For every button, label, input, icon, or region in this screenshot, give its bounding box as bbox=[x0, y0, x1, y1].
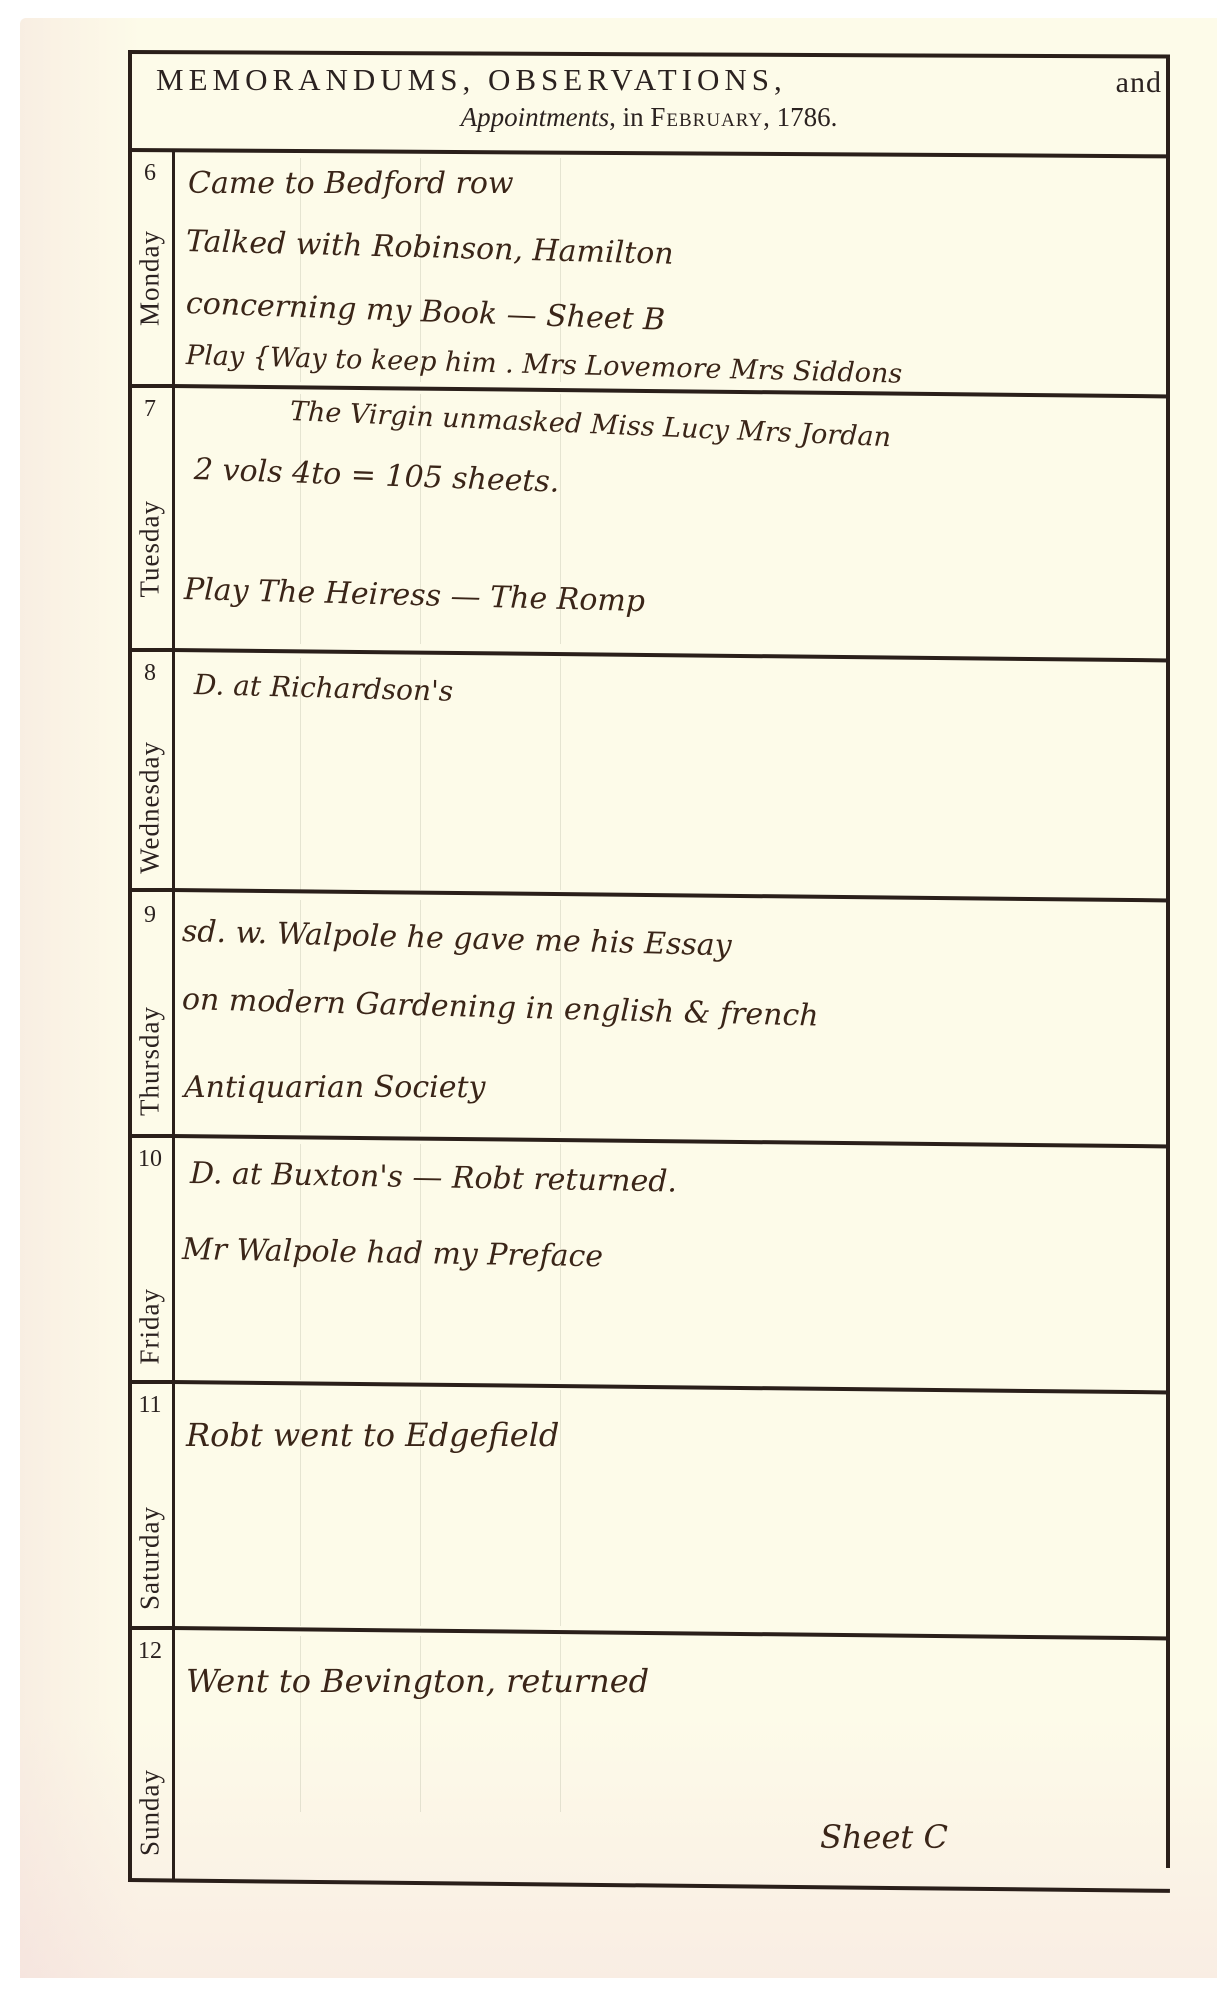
day-divider-tick bbox=[128, 888, 172, 892]
entry-line: Robt went to Edgefield bbox=[186, 1416, 559, 1454]
day-row-tuesday: 7 Tuesday The Virgin unmasked Miss Lucy … bbox=[128, 390, 1170, 648]
entry-line: Talked with Robinson, Hamilton bbox=[186, 224, 675, 272]
day-entries: The Virgin unmasked Miss Lucy Mrs Jordan… bbox=[180, 394, 1160, 644]
entry-line: The Virgin unmasked Miss Lucy Mrs Jordan bbox=[289, 396, 891, 453]
day-name: Monday bbox=[132, 230, 168, 326]
memorandum-frame: MEMORANDUMS, OBSERVATIONS, and Appointme… bbox=[128, 50, 1170, 1882]
day-name: Wednesday bbox=[132, 741, 168, 874]
day-row-monday: 6 Monday Came to Bedford row Talked with… bbox=[128, 154, 1170, 386]
day-name: Thursday bbox=[132, 1006, 168, 1116]
entry-line: sd. w. Walpole he gave me his Essay bbox=[182, 914, 733, 963]
page-subtitle: Appointments, in February, 1786. bbox=[128, 102, 1170, 133]
day-row-sunday: 12 Sunday Went to Bevington, returned Sh… bbox=[128, 1632, 1170, 1876]
day-divider-tick bbox=[128, 1134, 172, 1138]
day-row-wednesday: 8 Wednesday D. at Richardson's bbox=[128, 654, 1170, 894]
entry-line: Antiquarian Society bbox=[184, 1070, 486, 1105]
day-name: Tuesday bbox=[132, 500, 168, 598]
day-row-saturday: 11 Saturday Robt went to Edgefield bbox=[128, 1386, 1170, 1630]
day-row-thursday: 9 Thursday sd. w. Walpole he gave me his… bbox=[128, 896, 1170, 1136]
day-divider-tick bbox=[128, 1626, 172, 1630]
subtitle-appointments: Appointments bbox=[461, 102, 610, 132]
day-number: 11 bbox=[132, 1392, 168, 1419]
day-entries: Went to Bevington, returned Sheet C bbox=[180, 1636, 1160, 1872]
subtitle-year: , 1786. bbox=[763, 102, 837, 132]
subtitle-in: , in bbox=[609, 102, 650, 132]
day-entries: Robt went to Edgefield bbox=[180, 1390, 1160, 1626]
page-title: MEMORANDUMS, OBSERVATIONS, and bbox=[156, 62, 1168, 98]
day-name: Sunday bbox=[132, 1769, 168, 1856]
day-number: 7 bbox=[132, 396, 168, 423]
day-number: 6 bbox=[132, 160, 168, 187]
entry-line: concerning my Book — Sheet B bbox=[185, 286, 665, 338]
day-entries: D. at Buxton's — Robt returned. Mr Walpo… bbox=[180, 1144, 1160, 1380]
title-and: and bbox=[1116, 66, 1162, 100]
entry-line: 2 vols 4to = 105 sheets. bbox=[193, 452, 560, 500]
day-divider-tick bbox=[128, 1380, 172, 1384]
entry-line-sheet-c: Sheet C bbox=[820, 1818, 948, 1856]
entry-line: Went to Bevington, returned bbox=[186, 1662, 649, 1700]
day-number: 10 bbox=[132, 1146, 168, 1173]
subtitle-month: February bbox=[650, 102, 763, 132]
day-row-friday: 10 Friday D. at Buxton's — Robt returned… bbox=[128, 1140, 1170, 1384]
day-divider-tick bbox=[128, 648, 172, 652]
day-name: Friday bbox=[132, 1288, 168, 1365]
day-name: Saturday bbox=[132, 1506, 168, 1610]
top-rule bbox=[128, 50, 1170, 59]
day-entries: sd. w. Walpole he gave me his Essay on m… bbox=[180, 900, 1160, 1132]
day-entries: D. at Richardson's bbox=[180, 658, 1160, 890]
entry-line: Came to Bedford row bbox=[188, 166, 514, 201]
day-number: 12 bbox=[132, 1638, 168, 1665]
entry-line: Play {Way to keep him . Mrs Lovemore Mrs… bbox=[186, 340, 903, 390]
day-divider-tick bbox=[128, 384, 172, 388]
entry-line: D. at Buxton's — Robt returned. bbox=[190, 1156, 678, 1199]
entry-line: D. at Richardson's bbox=[194, 668, 454, 708]
entry-line: on modern Gardening in english & french bbox=[182, 982, 819, 1034]
day-entries: Came to Bedford row Talked with Robinson… bbox=[180, 158, 1160, 382]
entry-line: Play The Heiress — The Romp bbox=[184, 572, 646, 619]
day-number: 8 bbox=[132, 660, 168, 687]
title-text: MEMORANDUMS, OBSERVATIONS, bbox=[156, 62, 787, 97]
day-number: 9 bbox=[132, 902, 168, 929]
entry-line: Mr Walpole had my Preface bbox=[182, 1232, 604, 1274]
